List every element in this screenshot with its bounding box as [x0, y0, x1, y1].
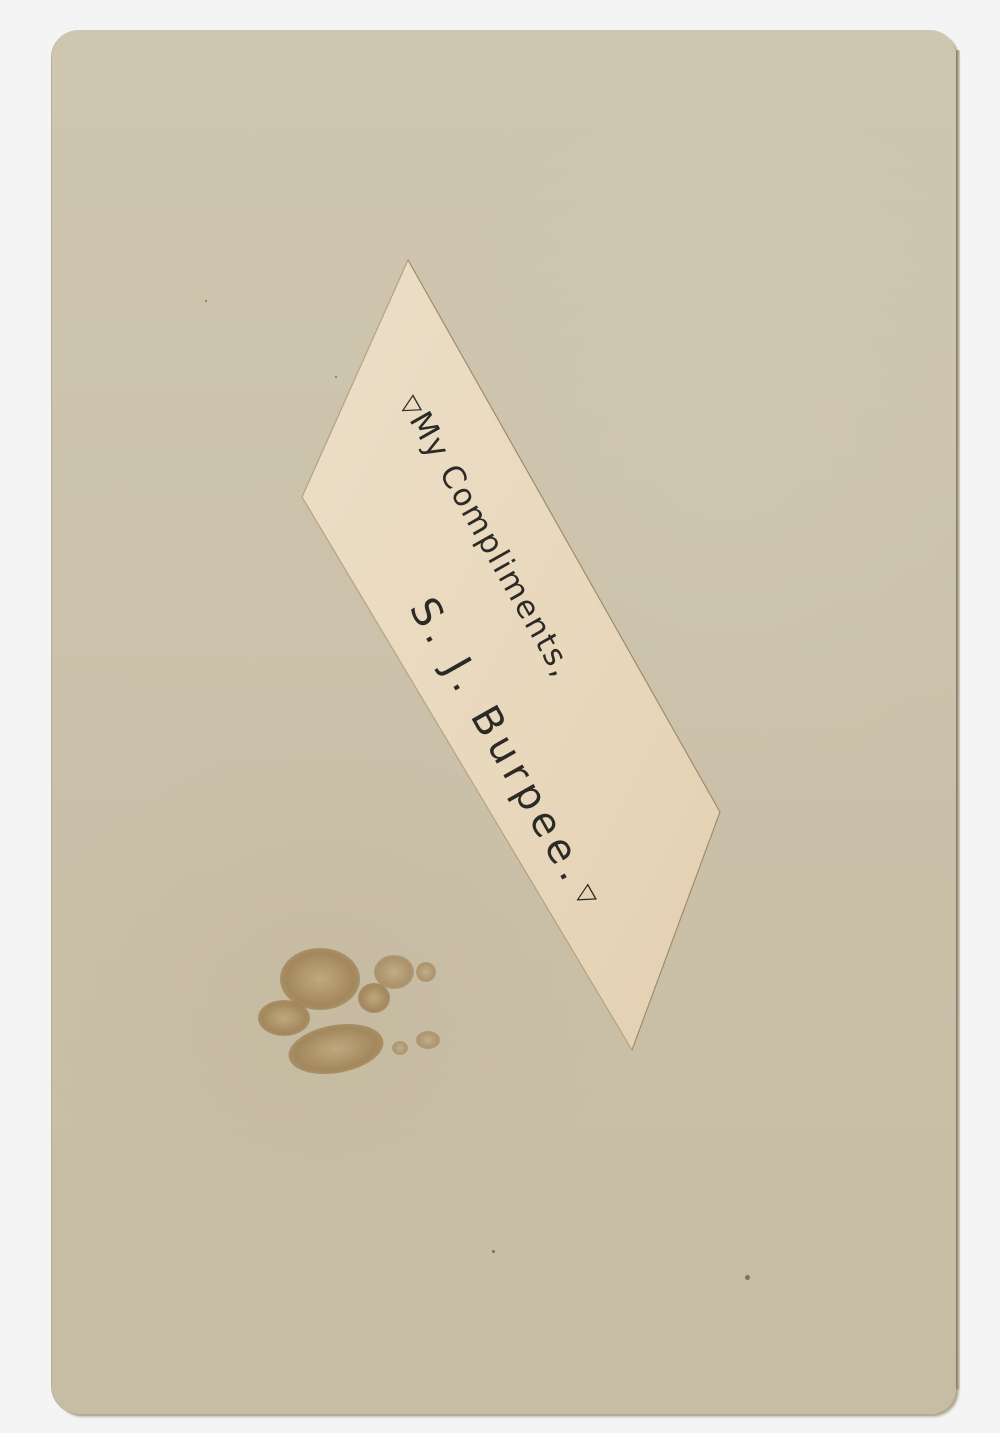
pasted-label [0, 0, 1000, 1433]
